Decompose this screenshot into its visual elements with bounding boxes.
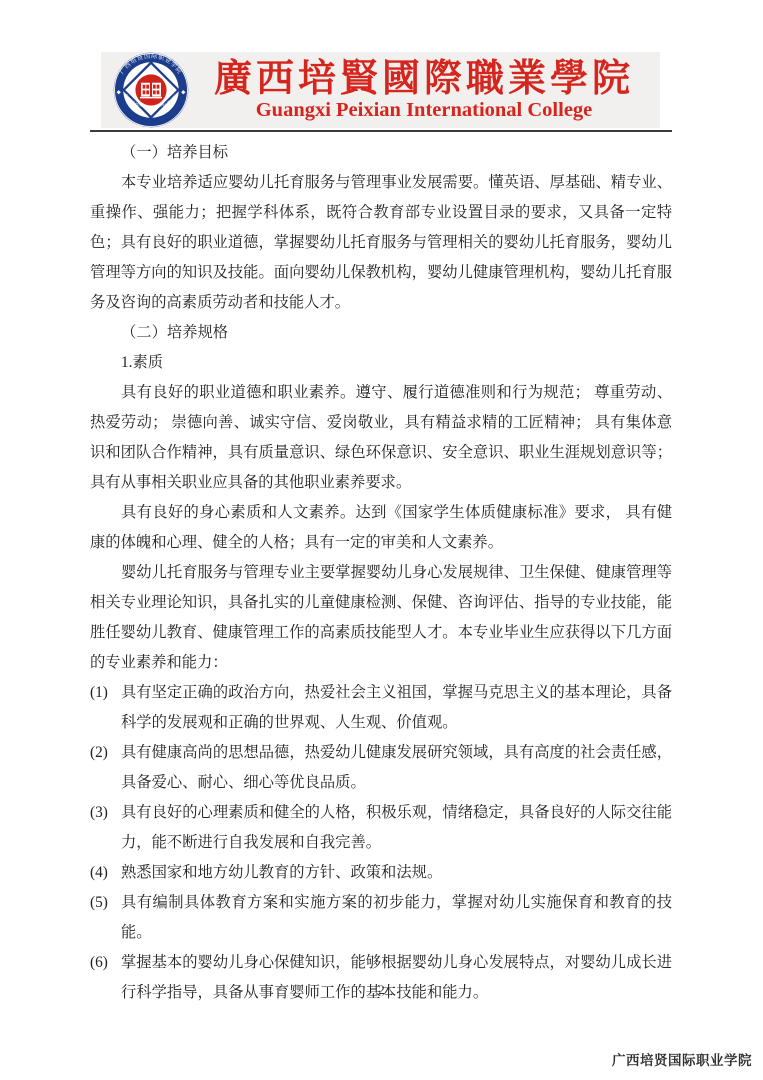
list-marker-1: (1) — [90, 678, 108, 708]
list-item-2: (2) 具有健康高尚的思想品德，热爱幼儿健康发展研究领域，具有高度的社会责任感，… — [90, 738, 672, 798]
college-title-english: Guangxi Peixian International College — [194, 99, 654, 121]
list-marker-6: (6) — [90, 948, 108, 978]
paragraph-physical-mental-quality: 具有良好的身心素质和人文素养。达到《国家学生体质健康标准》要求， 具有健康的体魄… — [90, 498, 672, 558]
corner-watermark: 广西培贤国际职业学院 — [612, 1049, 752, 1069]
section-heading-training-specifications: （二）培养规格 — [90, 318, 672, 348]
paragraph-professional-ethics: 具有良好的职业道德和职业素养。遵守、履行道德准则和行为规范； 尊重劳动、热爱劳动… — [90, 378, 672, 498]
list-text-5: 具有编制具体教育方案和实施方案的初步能力，掌握对幼儿实施保育和教育的技能。 — [121, 894, 672, 941]
college-seal-icon: 广西培贤国际职业学院 GUANGXI PEIXIAN INTERNATIONAL… — [112, 52, 190, 128]
college-title-block: 廣西培賢國際職業學院 Guangxi Peixian International… — [194, 59, 654, 121]
list-text-1: 具有坚定正确的政治方向，热爱社会主义祖国，掌握马克思主义的基本理论，具备科学的发… — [121, 684, 672, 731]
list-item-5: (5) 具有编制具体教育方案和实施方案的初步能力，掌握对幼儿实施保育和教育的技能… — [90, 888, 672, 948]
list-marker-3: (3) — [90, 798, 108, 828]
list-text-2: 具有健康高尚的思想品德，热爱幼儿健康发展研究领域，具有高度的社会责任感，具备爱心… — [121, 744, 672, 791]
list-text-4: 熟悉国家和地方幼儿教育的方针、政策和法规。 — [121, 864, 442, 881]
list-item-4: (4) 熟悉国家和地方幼儿教育的方针、政策和法规。 — [90, 858, 672, 888]
college-header-banner: 广西培贤国际职业学院 GUANGXI PEIXIAN INTERNATIONAL… — [101, 52, 660, 128]
section-heading-training-objectives: （一）培养目标 — [90, 138, 672, 168]
list-marker-2: (2) — [90, 738, 108, 768]
header-divider — [90, 130, 672, 132]
college-title-chinese: 廣西培賢國際職業學院 — [194, 59, 654, 99]
list-item-1: (1) 具有坚定正确的政治方向，热爱社会主义祖国，掌握马克思主义的基本理论，具备… — [90, 678, 672, 738]
page-number: 2 — [0, 982, 763, 998]
list-item-3: (3) 具有良好的心理素质和健全的人格，积极乐观，情绪稳定，具备良好的人际交往能… — [90, 798, 672, 858]
paragraph-training-objectives: 本专业培养适应婴幼儿托育服务与管理事业发展需要。懂英语、厚基础、精专业、重操作、… — [90, 168, 672, 318]
document-page: 广西培贤国际职业学院 GUANGXI PEIXIAN INTERNATIONAL… — [0, 0, 763, 1080]
list-item-6: (6) 掌握基本的婴幼儿身心保健知识，能够根据婴幼儿身心发展特点，对婴幼儿成长进… — [90, 948, 672, 1008]
open-book-glyph — [140, 82, 162, 98]
list-marker-4: (4) — [90, 858, 108, 888]
list-text-3: 具有良好的心理素质和健全的人格，积极乐观，情绪稳定，具备良好的人际交往能力，能不… — [121, 804, 672, 851]
list-marker-5: (5) — [90, 888, 108, 918]
subheading-quality: 1.素质 — [90, 348, 672, 378]
document-body: （一）培养目标 本专业培养适应婴幼儿托育服务与管理事业发展需要。懂英语、厚基础、… — [90, 138, 672, 1008]
paragraph-program-skills: 婴幼儿托育服务与管理专业主要掌握婴幼儿身心发展规律、卫生保健、健康管理等相关专业… — [90, 558, 672, 678]
